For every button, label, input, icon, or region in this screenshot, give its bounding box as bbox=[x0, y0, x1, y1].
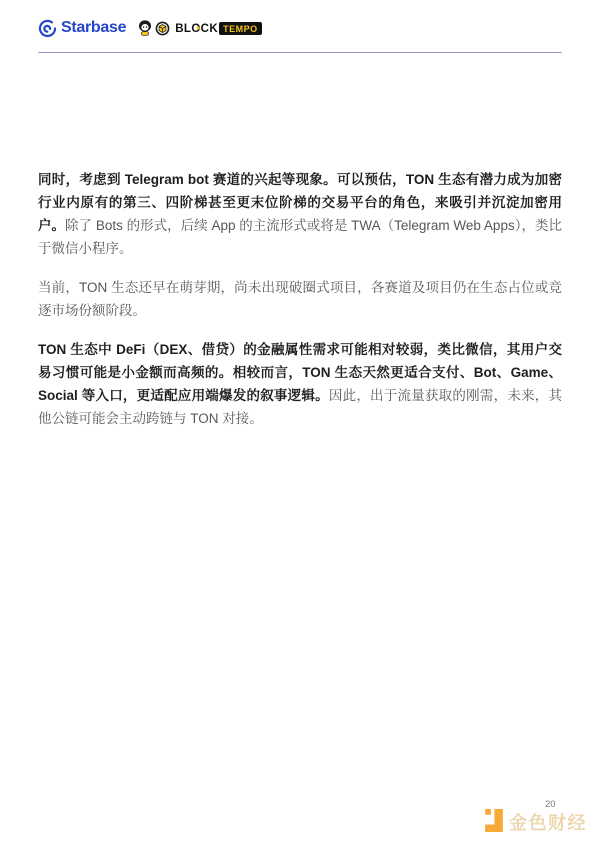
jinse-j-icon bbox=[485, 809, 503, 832]
page-header: Starbase bbox=[38, 16, 262, 40]
paragraph-1: 同时，考虑到 Telegram bot 赛道的兴起等现象。可以预估，TON 生态… bbox=[38, 168, 562, 260]
block-o-accent-dot bbox=[197, 26, 200, 29]
mascot-icon bbox=[138, 20, 152, 36]
blocktempo-block-wordmark: BLOCK bbox=[175, 23, 218, 35]
jinse-wordmark: 金色财经 bbox=[509, 810, 587, 832]
paragraph-2: 当前，TON 生态还早在萌芽期，尚未出现破圈式项目，各赛道及项目仍在生态占位或竞… bbox=[38, 276, 562, 322]
blocktempo-mascot-icons bbox=[138, 20, 170, 36]
page-number: 20 bbox=[545, 799, 556, 810]
blocktempo-tempo-badge: TEMPO bbox=[219, 22, 262, 35]
header-divider-line bbox=[38, 52, 562, 53]
paragraph-3: TON 生态中 DeFi（DEX、借贷）的金融属性需求可能相对较弱，类比微信，其… bbox=[38, 338, 562, 430]
document-page: Starbase bbox=[0, 0, 600, 848]
cube-badge-icon bbox=[155, 21, 170, 36]
starbase-wordmark: Starbase bbox=[61, 19, 126, 37]
starbase-swirl-icon bbox=[38, 19, 57, 38]
paragraph-2-regular-text: 当前，TON 生态还早在萌芽期，尚未出现破圈式项目，各赛道及项目仍在生态占位或竞… bbox=[38, 280, 562, 318]
paragraph-1-regular-text: 除了 Bots 的形式，后续 App 的主流形式或将是 TWA（Telegram… bbox=[38, 218, 562, 256]
jinse-finance-watermark: 金色财经 bbox=[485, 809, 587, 832]
document-body: 同时，考虑到 Telegram bot 赛道的兴起等现象。可以预估，TON 生态… bbox=[38, 168, 562, 446]
starbase-logo: Starbase bbox=[38, 19, 126, 38]
blocktempo-logo: BLOCK TEMPO bbox=[175, 19, 261, 37]
